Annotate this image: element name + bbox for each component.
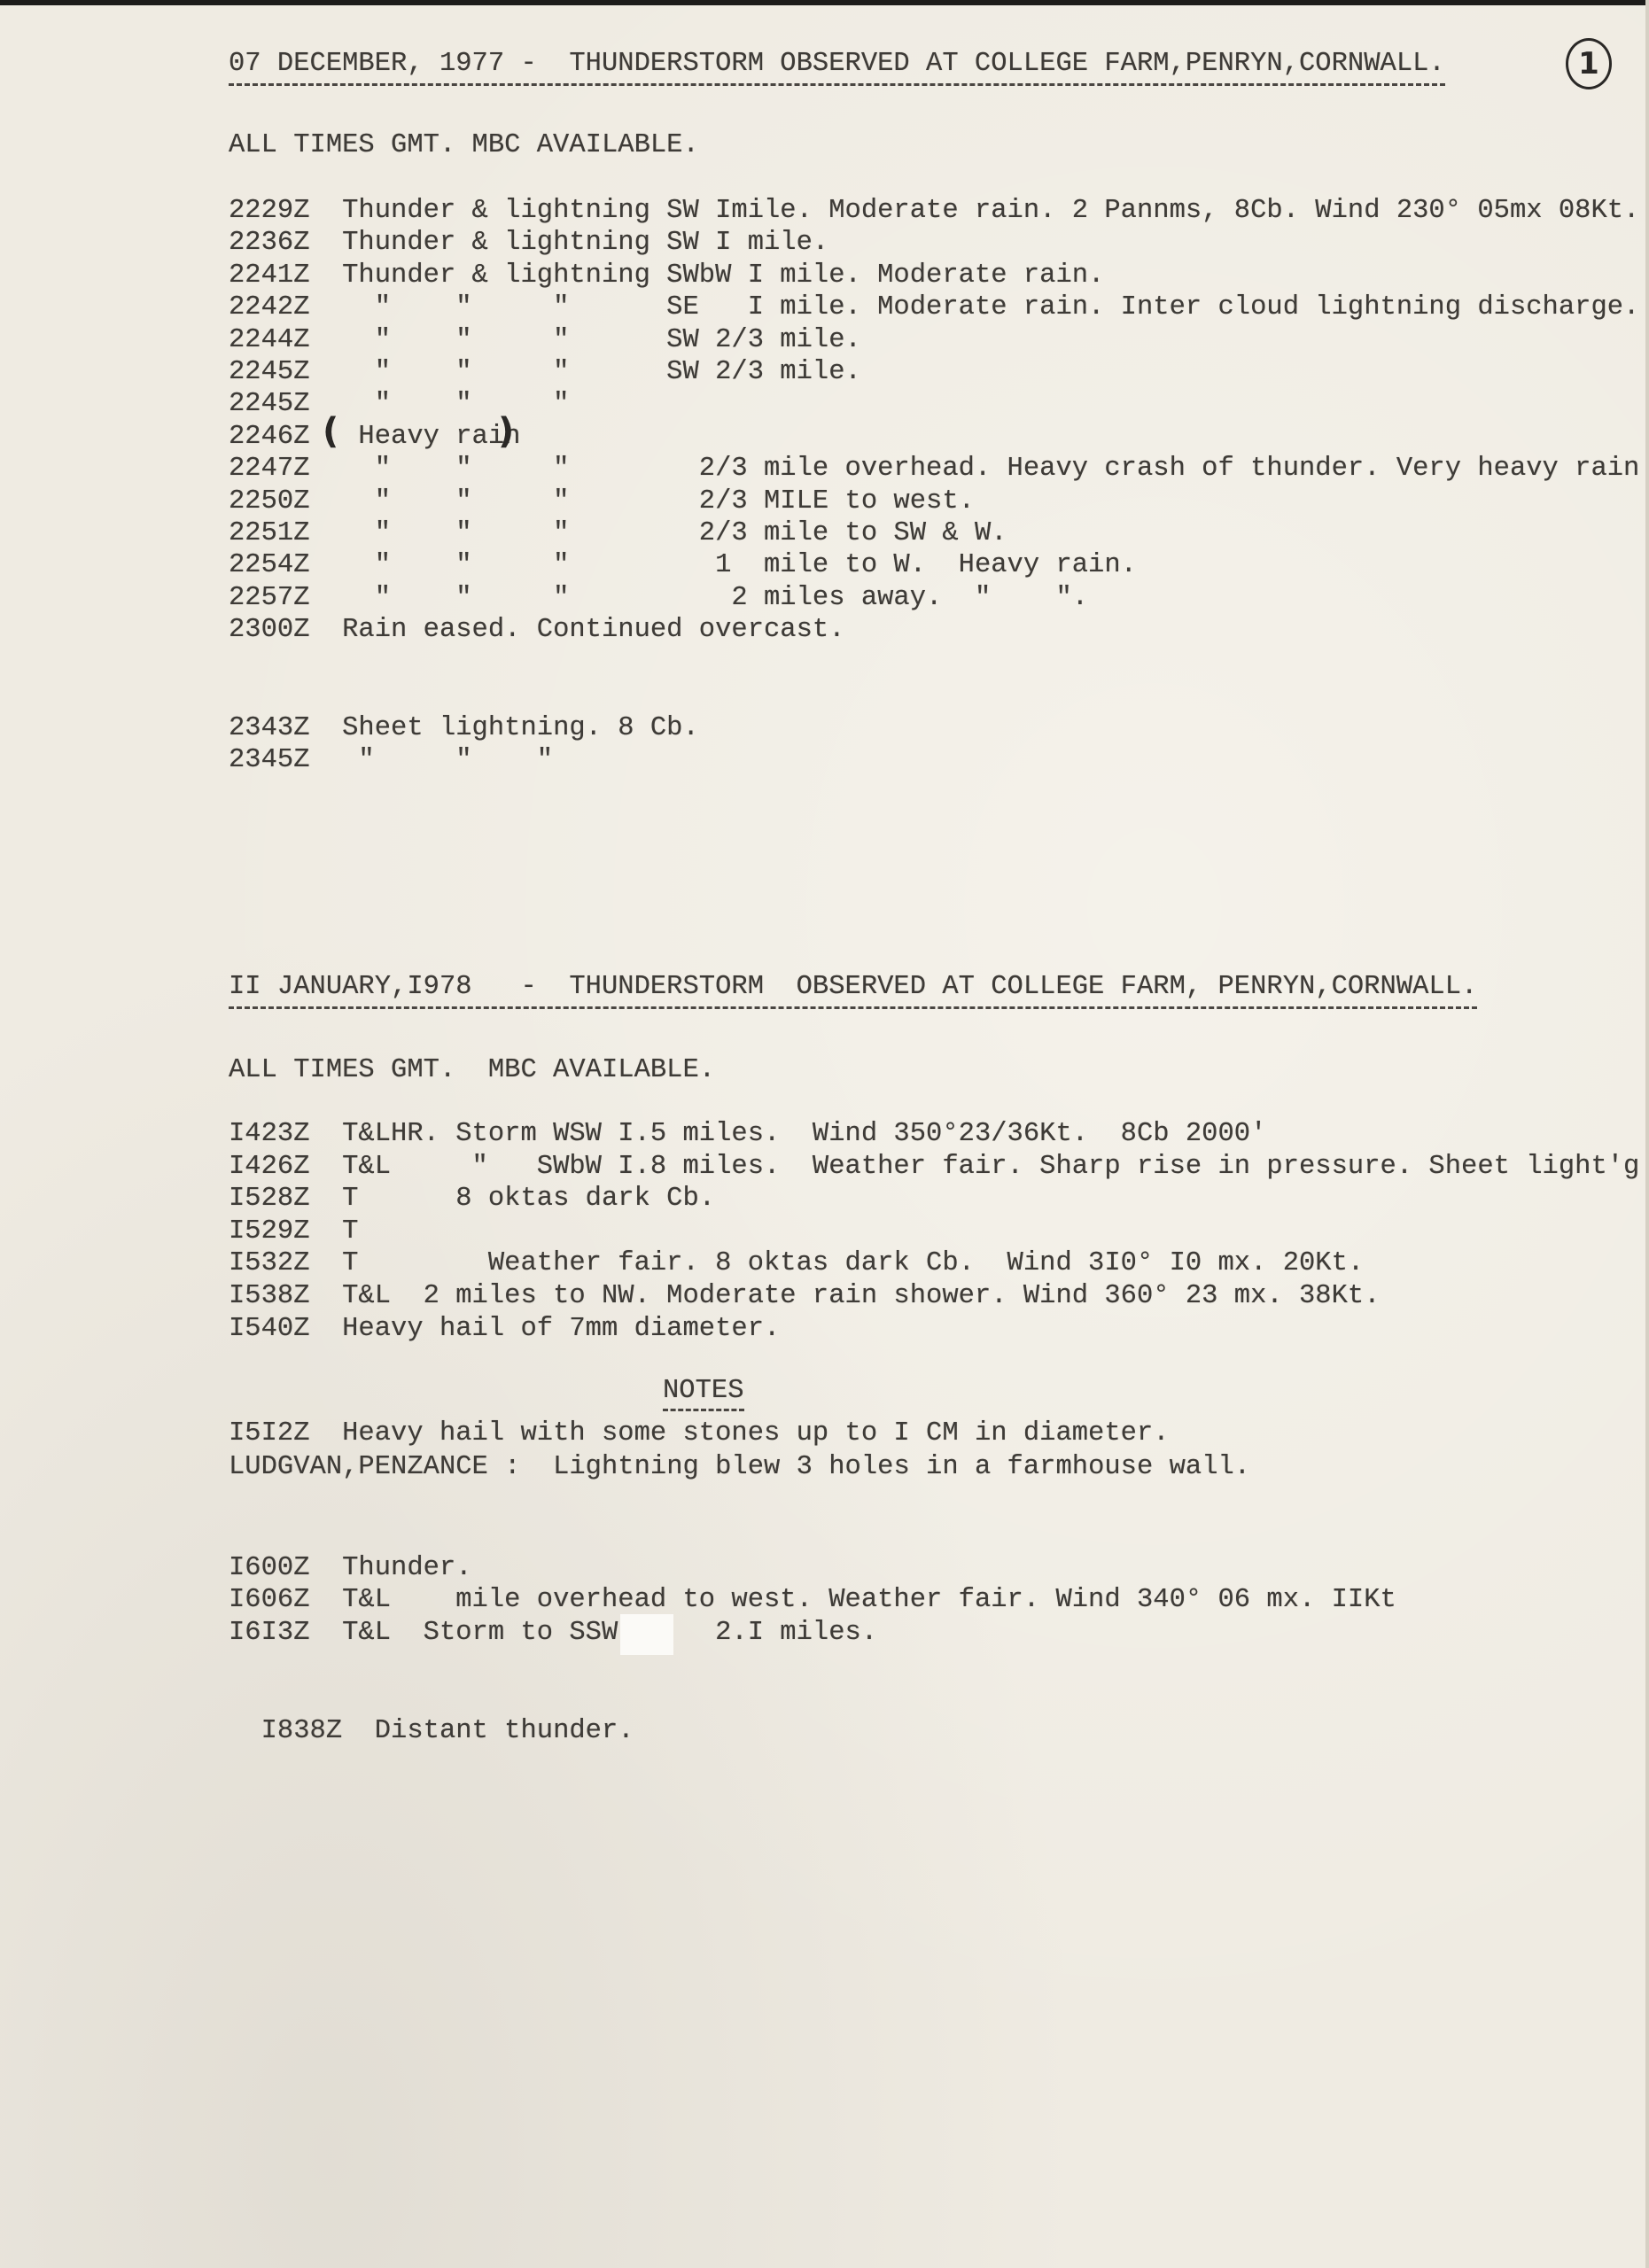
entry-gap [310,1553,343,1583]
entry-time: LUDGVAN,PENZANCE : [229,1452,520,1482]
log-entry: I532Z T Weather fair. 8 oktas dark Cb. W… [229,1247,1364,1279]
entry-text: T&L Storm to SSW 2.I miles. [342,1618,877,1648]
entry-gap [310,1216,343,1247]
log-entry: 2245Z " " " SW 2/3 mile. [229,356,861,388]
log-entry: I528Z T 8 oktas dark Cb. [229,1183,715,1215]
entry-time: 2251Z [229,518,310,548]
entry-text: T&LHR. Storm WSW I.5 miles. Wind 350°23/… [342,1119,1266,1149]
entry-gap [310,228,343,258]
entry-gap [310,325,343,355]
entry-gap [310,1184,343,1214]
entry-time: I532Z [229,1248,310,1278]
entry-gap [310,260,343,291]
log-entry: 2345Z " " " [229,744,553,776]
entry-time: I528Z [229,1184,310,1214]
entry-time: I838Z [261,1716,343,1746]
log-entry: 2251Z " " " 2/3 mile to SW & W. [229,517,1007,549]
entry-time: 2300Z [229,615,310,645]
entry-gap [520,1452,553,1482]
entry-text: T 8 oktas dark Cb. [342,1184,715,1214]
log-entry: I6I3Z T&L Storm to SSW 2.I miles. [229,1617,877,1649]
page-number-circled: 1 [1566,38,1612,89]
entry-text: " " " 2 miles away. " ". [342,583,1088,613]
entry-time: 2242Z [229,292,310,322]
entry-gap [310,1119,343,1149]
entry-gap [310,486,343,517]
report2-heading: II JANUARY,I978 - THUNDERSTORM OBSERVED … [229,971,1477,1009]
entry-time: I606Z [229,1585,310,1615]
log-entry: I538Z T&L 2 miles to NW. Moderate rain s… [229,1280,1381,1312]
scan-top-edge [0,0,1649,5]
notes-heading: NOTES [663,1375,744,1411]
log-entry: I540Z Heavy hail of 7mm diameter. [229,1313,780,1345]
entry-gap [310,550,343,580]
log-entry: 2247Z " " " 2/3 mile overhead. Heavy cra… [229,453,1639,485]
log-entry: 2236Z Thunder & lightning SW I mile. [229,227,828,259]
entry-gap [310,357,343,387]
entry-gap [310,583,343,613]
entry-time: I6I3Z [229,1618,310,1648]
entry-text: " " " 1 mile to W. Heavy rain. [342,550,1137,580]
entry-gap [310,1314,343,1344]
scan-right-edge [1645,0,1649,2268]
entry-time: 2244Z [229,325,310,355]
log-entry: 2241Z Thunder & lightning SWbW I mile. M… [229,260,1104,291]
entry-text: " " " [342,745,553,775]
log-entry: 2343Z Sheet lightning. 8 Cb. [229,712,699,744]
entry-time: I538Z [229,1281,310,1311]
entry-text: " " " [342,389,569,419]
entry-text: " " " 2/3 mile to SW & W. [342,518,1007,548]
entry-gap [310,454,343,484]
entry-time: 2241Z [229,260,310,291]
log-entry: 2246Z Heavy rain [229,421,520,453]
log-entry: I600Z Thunder. [229,1552,472,1584]
entry-time: I540Z [229,1314,310,1344]
log-entry: I5I2Z Heavy hail with some stones up to … [229,1417,1170,1449]
entry-text: Thunder & lightning SWbW I mile. Moderat… [342,260,1104,291]
report1-heading: 07 DECEMBER, 1977 - THUNDERSTORM OBSERVE… [229,48,1445,86]
log-entry: 2300Z Rain eased. Continued overcast. [229,614,845,646]
handwritten-open-paren: ( [323,411,338,452]
entry-time: 2236Z [229,228,310,258]
final-entry: I838Z Distant thunder. [229,1683,634,1747]
log-entry: I529Z T [229,1216,358,1247]
log-entry: 2244Z " " " SW 2/3 mile. [229,324,861,356]
entry-time: 2247Z [229,454,310,484]
entry-text: Lightning blew 3 holes in a farmhouse wa… [553,1452,1250,1482]
handwritten-close-paren: ) [498,411,514,452]
entry-text: T&L " SWbW I.8 miles. Weather fair. Shar… [342,1152,1639,1182]
entry-gap [310,745,343,775]
log-entry: 2254Z " " " 1 mile to W. Heavy rain. [229,549,1137,581]
entry-text: Heavy rain [342,422,520,452]
page-number-text: 1 [1578,46,1599,82]
log-entry: 2257Z " " " 2 miles away. " ". [229,582,1088,614]
entry-time: I529Z [229,1216,310,1247]
entry-time: I5I2Z [229,1418,310,1449]
entry-time: 2343Z [229,713,310,743]
entry-time: 2229Z [229,196,310,226]
log-entry: 2245Z " " " [229,388,569,420]
entry-time: I426Z [229,1152,310,1182]
entry-gap [310,518,343,548]
entry-gap [310,1248,343,1278]
entry-text: Thunder. [342,1553,471,1583]
paper-correction-patch [620,1614,673,1655]
log-entry: I423Z T&LHR. Storm WSW I.5 miles. Wind 3… [229,1118,1266,1150]
report1-subheading: ALL TIMES GMT. MBC AVAILABLE. [229,129,699,161]
entry-text: Sheet lightning. 8 Cb. [342,713,699,743]
entry-time: 2254Z [229,550,310,580]
entry-gap [310,1152,343,1182]
entry-gap [310,1618,343,1648]
entry-time: I423Z [229,1119,310,1149]
log-entry: LUDGVAN,PENZANCE : Lightning blew 3 hole… [229,1451,1250,1483]
entry-time: 2250Z [229,486,310,517]
entry-text: Distant thunder. [375,1716,634,1746]
entry-text: T&L 2 miles to NW. Moderate rain shower.… [342,1281,1380,1311]
entry-text: Thunder & lightning SW Imile. Moderate r… [342,196,1639,226]
report2-subheading: ALL TIMES GMT. MBC AVAILABLE. [229,1054,715,1086]
log-entry: I426Z T&L " SWbW I.8 miles. Weather fair… [229,1151,1639,1183]
entry-gap [310,292,343,322]
entry-text: T [342,1216,358,1247]
entry-text: Heavy hail with some stones up to I CM i… [342,1418,1169,1449]
entry-gap [310,1585,343,1615]
entry-text: T Weather fair. 8 oktas dark Cb. Wind 3I… [342,1248,1364,1278]
entry-gap [310,713,343,743]
entry-text: Thunder & lightning SW I mile. [342,228,828,258]
entry-text: Heavy hail of 7mm diameter. [342,1314,780,1344]
entry-gap [310,615,343,645]
entry-text: " " " 2/3 mile overhead. Heavy crash of … [342,454,1639,484]
entry-text: " " " SW 2/3 mile. [342,357,861,387]
log-entry: 2250Z " " " 2/3 MILE to west. [229,485,975,517]
log-entry: I606Z T&L mile overhead to west. Weather… [229,1584,1396,1616]
entry-text: " " " SW 2/3 mile. [342,325,861,355]
entry-gap [310,1418,343,1449]
log-entry: 2229Z Thunder & lightning SW Imile. Mode… [229,195,1639,227]
entry-text: Rain eased. Continued overcast. [342,615,844,645]
entry-gap [310,1281,343,1311]
entry-time: 2257Z [229,583,310,613]
entry-gap [310,196,343,226]
entry-time: 2245Z [229,389,310,419]
entry-text: " " " 2/3 MILE to west. [342,486,975,517]
entry-gap [342,1716,375,1746]
entry-text: " " " SE I mile. Moderate rain. Inter cl… [342,292,1639,322]
log-entry: 2242Z " " " SE I mile. Moderate rain. In… [229,291,1639,323]
entry-time: I600Z [229,1553,310,1583]
entry-time: 2245Z [229,357,310,387]
entry-text: T&L mile overhead to west. Weather fair.… [342,1585,1396,1615]
entry-time: 2246Z [229,422,310,452]
entry-time: 2345Z [229,745,310,775]
